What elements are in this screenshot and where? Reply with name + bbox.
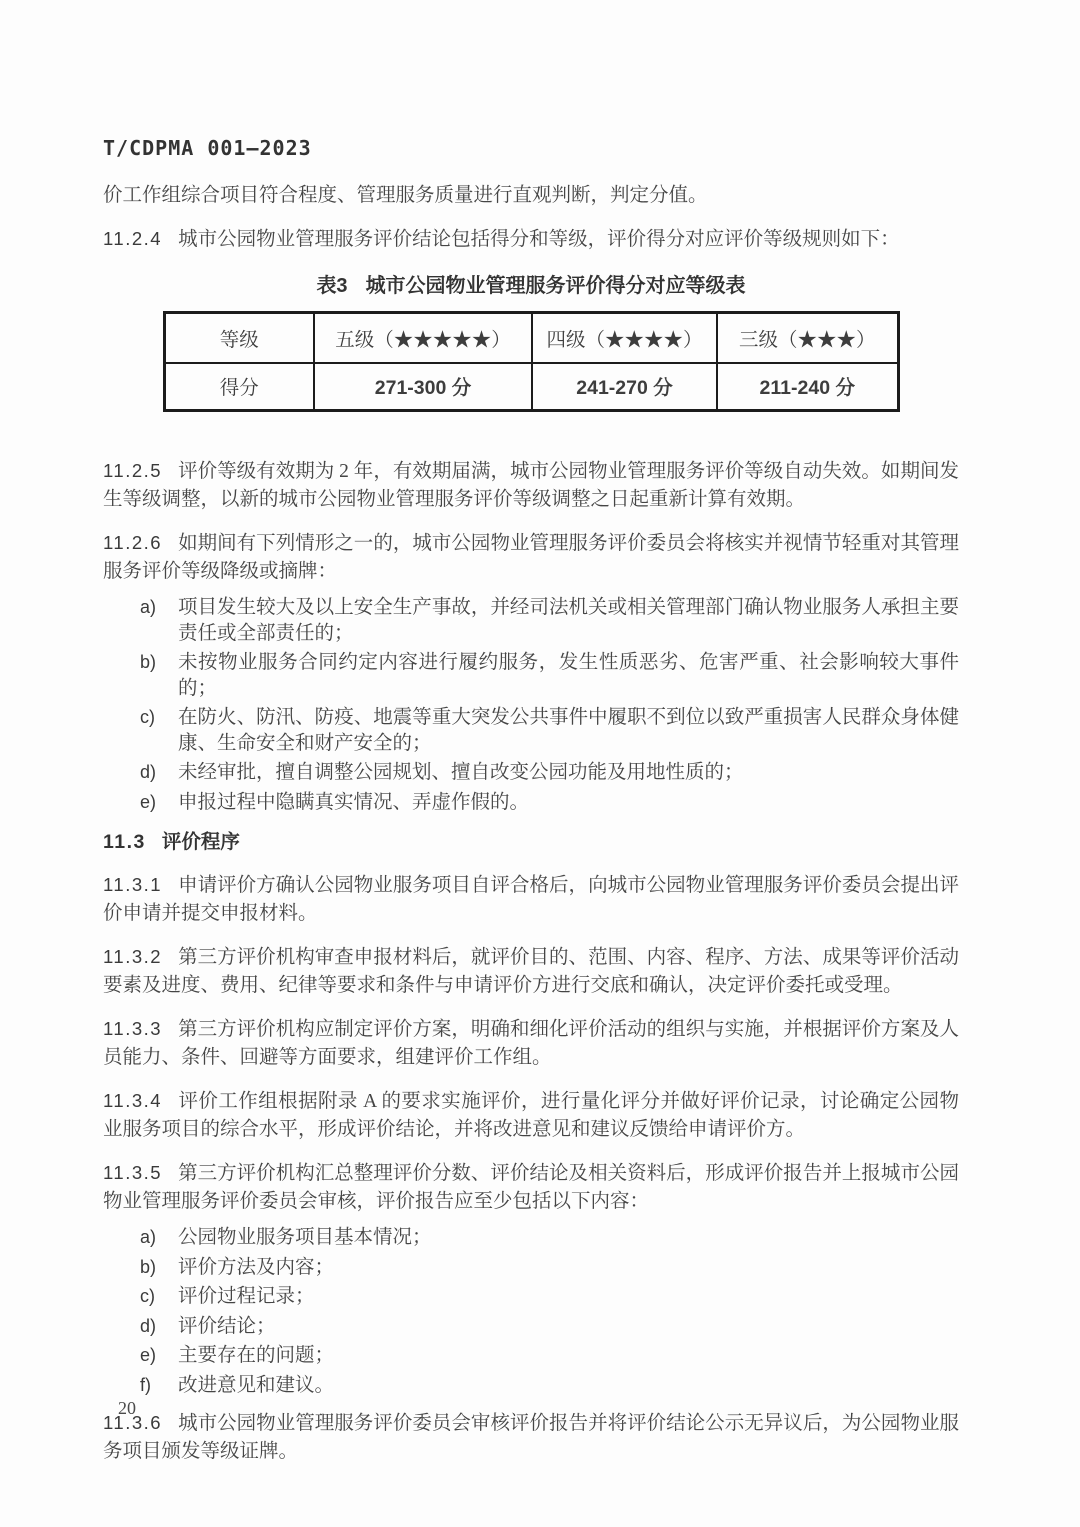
clause-number: 11.3.1 [103,874,162,895]
list-11-3-5: a)公园物业服务项目基本情况； b)评价方法及内容； c)评价过程记录； d)评… [140,1225,959,1398]
list-item: a)项目发生较大及以上安全生产事故，并经司法机关或相关管理部门确认物业服务人承担… [140,595,959,646]
list-item-marker: b) [140,650,178,701]
intro-paragraph: 价工作组综合项目符合程度、管理服务质量进行直观判断，判定分值。 [103,182,959,210]
list-item-text: 主要存在的问题； [178,1343,959,1369]
table-row-score: 得分 271-300 分 241-270 分 211-240 分 [164,363,898,411]
clause-11-3-1: 11.3.1申请评价方确认公园物业服务项目自评合格后，向城市公园物业管理服务评价… [103,871,959,928]
table-cell-score5: 271-300 分 [314,363,532,411]
list-item: c)评价过程记录； [140,1284,959,1310]
clause-11-2-5: 11.2.5评价等级有效期为 2 年，有效期届满，城市公园物业管理服务评价等级自… [103,457,959,514]
list-item-marker: d) [140,760,178,786]
table-cell-level3: 三级（★★★） [717,313,898,363]
clause-text: 评价工作组根据附录 A 的要求实施评价，进行量化评分并做好评价记录，讨论确定公园… [103,1091,959,1140]
clause-11-3-6: 11.3.6城市公园物业管理服务评价委员会审核评价报告并将评价结论公示无异议后，… [103,1409,959,1466]
list-item: f)改进意见和建议。 [140,1373,959,1399]
list-11-2-6: a)项目发生较大及以上安全生产事故，并经司法机关或相关管理部门确认物业服务人承担… [140,595,959,815]
list-item-marker: e) [140,1343,178,1369]
clause-text: 城市公园物业管理服务评价委员会审核评价报告并将评价结论公示无异议后，为公园物业服… [103,1413,959,1462]
table-cell-grade-header: 等级 [164,313,314,363]
list-item-marker: a) [140,595,178,646]
clause-number: 11.3.4 [103,1090,162,1111]
section-number: 11.3 [103,831,146,853]
page-content: T/CDPMA 001—2023 价工作组综合项目符合程度、管理服务质量进行直观… [103,136,959,1481]
section-title: 评价程序 [162,831,240,853]
clause-11-3-5: 11.3.5第三方评价机构汇总整理评价分数、评价结论及相关资料后，形成评价报告并… [103,1159,959,1216]
table-cell-level5: 五级（★★★★★） [314,313,532,363]
list-item: a)公园物业服务项目基本情况； [140,1225,959,1251]
clause-number: 11.3.2 [103,946,162,967]
table-cell-level4: 四级（★★★★） [532,313,717,363]
list-item-text: 未经审批，擅自调整公园规划、擅自改变公园功能及用地性质的； [178,760,959,786]
clause-text: 第三方评价机构应制定评价方案，明确和细化评价活动的组织与实施，并根据评价方案及人… [103,1019,959,1068]
list-item-text: 评价结论； [178,1314,959,1340]
clause-11-2-6: 11.2.6如期间有下列情形之一的，城市公园物业管理服务评价委员会将核实并视情节… [103,529,959,586]
table3-caption: 表3城市公园物业管理服务评价得分对应等级表 [103,269,959,298]
clause-text: 如期间有下列情形之一的，城市公园物业管理服务评价委员会将核实并视情节轻重对其管理… [103,533,959,582]
doc-code-header: T/CDPMA 001—2023 [103,136,959,160]
list-item-text: 评价过程记录； [178,1284,959,1310]
clause-text: 城市公园物业管理服务评价结论包括得分和等级，评价得分对应评价等级规则如下： [178,229,900,250]
list-item: b)评价方法及内容； [140,1255,959,1281]
list-item-marker: d) [140,1314,178,1340]
clause-number: 11.2.4 [103,228,162,249]
list-item-text: 改进意见和建议。 [178,1373,959,1399]
list-item-text: 项目发生较大及以上安全生产事故，并经司法机关或相关管理部门确认物业服务人承担主要… [178,595,959,646]
list-item: e)申报过程中隐瞒真实情况、弄虚作假的。 [140,790,959,816]
table-row-grade: 等级 五级（★★★★★） 四级（★★★★） 三级（★★★） [164,313,898,363]
list-item-text: 申报过程中隐瞒真实情况、弄虚作假的。 [178,790,959,816]
table-cell-score-header: 得分 [164,363,314,411]
page-number: 20 [118,1398,136,1419]
list-item-marker: a) [140,1225,178,1251]
list-item-marker: c) [140,1284,178,1310]
list-item-text: 公园物业服务项目基本情况； [178,1225,959,1251]
clause-text: 申请评价方确认公园物业服务项目自评合格后，向城市公园物业管理服务评价委员会提出评… [103,875,959,924]
list-item-marker: c) [140,705,178,756]
table3-caption-title: 城市公园物业管理服务评价得分对应等级表 [366,275,746,297]
clause-number: 11.3.5 [103,1162,162,1183]
section-heading-11-3: 11.3评价程序 [103,826,959,854]
list-item-text: 未按物业服务合同约定内容进行履约服务，发生性质恶劣、危害严重、社会影响较大事件的… [178,650,959,701]
clause-11-3-4: 11.3.4评价工作组根据附录 A 的要求实施评价，进行量化评分并做好评价记录，… [103,1087,959,1144]
list-item: c)在防火、防汛、防疫、地震等重大突发公共事件中履职不到位以致严重损害人民群众身… [140,705,959,756]
list-item-marker: f) [140,1373,178,1399]
list-item: d)未经审批，擅自调整公园规划、擅自改变公园功能及用地性质的； [140,760,959,786]
grade-score-table: 等级 五级（★★★★★） 四级（★★★★） 三级（★★★） 得分 271-300… [163,311,900,412]
list-item: b)未按物业服务合同约定内容进行履约服务，发生性质恶劣、危害严重、社会影响较大事… [140,650,959,701]
clause-text: 评价等级有效期为 2 年，有效期届满，城市公园物业管理服务评价等级自动失效。如期… [103,461,959,510]
clause-number: 11.3.3 [103,1018,162,1039]
list-item-marker: e) [140,790,178,816]
clause-11-2-4: 11.2.4城市公园物业管理服务评价结论包括得分和等级，评价得分对应评价等级规则… [103,225,959,254]
list-item: d)评价结论； [140,1314,959,1340]
clause-11-3-2: 11.3.2第三方评价机构审查申报材料后，就评价目的、范围、内容、程序、方法、成… [103,943,959,1000]
document-page: T/CDPMA 001—2023 价工作组综合项目符合程度、管理服务质量进行直观… [0,0,1080,1527]
clause-text: 第三方评价机构审查申报材料后，就评价目的、范围、内容、程序、方法、成果等评价活动… [103,947,959,996]
list-item-text: 评价方法及内容； [178,1255,959,1281]
list-item-text: 在防火、防汛、防疫、地震等重大突发公共事件中履职不到位以致严重损害人民群众身体健… [178,705,959,756]
list-item: e)主要存在的问题； [140,1343,959,1369]
table-cell-score4: 241-270 分 [532,363,717,411]
clause-number: 11.2.6 [103,532,162,553]
clause-11-3-3: 11.3.3第三方评价机构应制定评价方案，明确和细化评价活动的组织与实施，并根据… [103,1015,959,1072]
clause-number: 11.2.5 [103,460,162,481]
table-cell-score3: 211-240 分 [717,363,898,411]
list-item-marker: b) [140,1255,178,1281]
table3-caption-label: 表3 [316,275,347,297]
clause-text: 第三方评价机构汇总整理评价分数、评价结论及相关资料后，形成评价报告并上报城市公园… [103,1163,959,1212]
